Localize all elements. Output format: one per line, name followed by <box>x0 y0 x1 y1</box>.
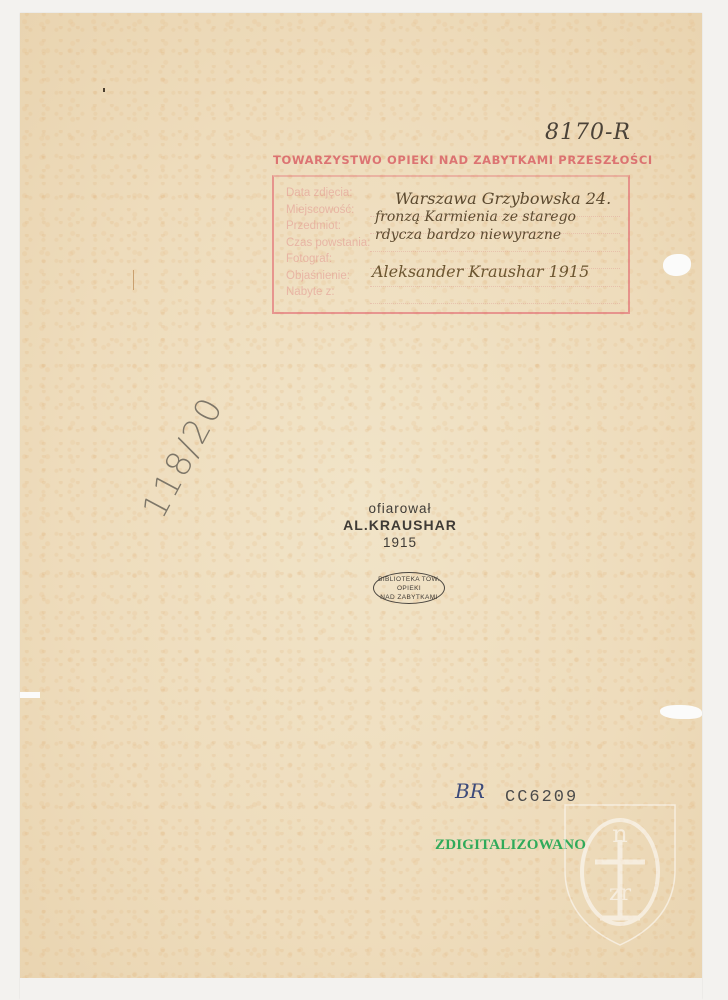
donation-stamp: ofiarował AL.KRAUSHAR 1915 <box>320 500 480 551</box>
donation-stamp-donor: AL.KRAUSHAR <box>320 517 480 534</box>
page-bottom-margin <box>20 978 702 1000</box>
svg-text:n: n <box>612 820 627 848</box>
call-number: 8170-R <box>545 120 631 145</box>
form-label-object: Przedmiot: <box>286 218 370 235</box>
donation-stamp-line1: ofiarował <box>320 500 480 517</box>
form-label-place: Miejscowość: <box>286 202 370 219</box>
paper-crease <box>133 270 134 290</box>
svg-text:zr: zr <box>609 881 632 906</box>
paper-tear-notch <box>660 705 702 719</box>
library-stamp-line3: NAD ZABYTKAMI <box>374 593 444 602</box>
paper-tear-notch-left <box>20 692 40 698</box>
library-oval-stamp: BIBLIOTEKA TOW. OPIEKI NAD ZABYTKAMI <box>373 572 445 604</box>
form-label-acquired: Nabyte z: <box>286 284 370 301</box>
stamp-form-labels: Data zdjęcia: Miejscowość: Przedmiot: Cz… <box>286 185 370 301</box>
handwritten-line-object: fronzą Karmienia ze starego <box>375 208 611 226</box>
handwritten-signature: Aleksander Kraushar 1915 <box>372 262 589 281</box>
ink-speck <box>103 88 105 92</box>
form-label-notes: Objaśnienie: <box>286 268 370 285</box>
library-stamp-line2: OPIEKI <box>374 584 444 593</box>
library-stamp-line1: BIBLIOTEKA TOW. <box>374 575 444 584</box>
paper-tear-hole <box>663 254 691 276</box>
handwritten-line-address: Warszawa Grzybowska 24. <box>395 190 611 208</box>
society-stamp-header: TOWARZYSTWO OPIEKI NAD ZABYTKAMI PRZESZŁ… <box>273 153 653 167</box>
handwritten-line-remark: rdycza bardzo niewyrazne <box>375 226 611 244</box>
shelf-mark-prefix: BR <box>455 779 485 803</box>
shield-monogram-icon: n zr <box>560 800 680 950</box>
form-label-date: Data zdjęcia: <box>286 185 370 202</box>
donation-stamp-year: 1915 <box>320 534 480 551</box>
form-label-photographer: Fotograf: <box>286 251 370 268</box>
handwritten-note: Warszawa Grzybowska 24. fronzą Karmienia… <box>385 190 611 244</box>
form-label-period: Czas powstania: <box>286 235 370 252</box>
